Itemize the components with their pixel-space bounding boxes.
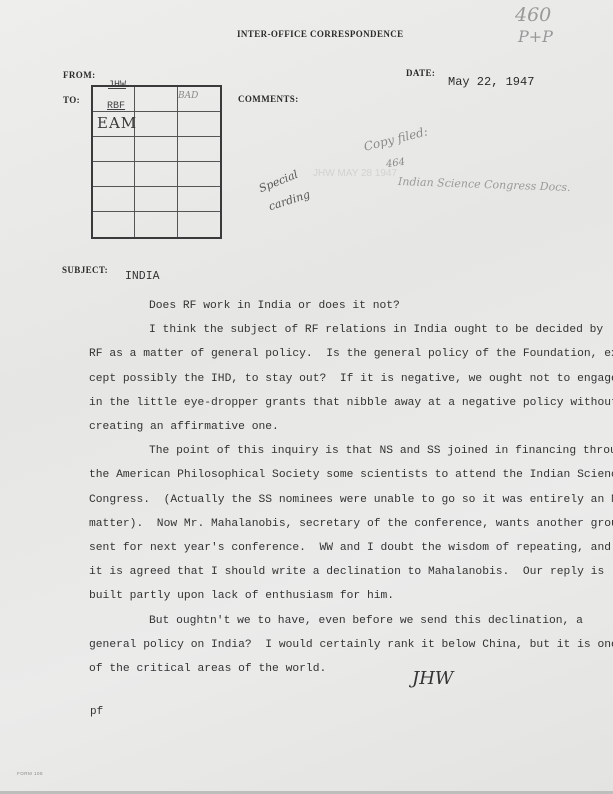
body-line: cept possibly the IHD, to stay out? If i… bbox=[89, 367, 559, 391]
signature: JHW bbox=[412, 668, 453, 689]
grid-cell bbox=[93, 212, 135, 237]
body-line: I think the subject of RF relations in I… bbox=[89, 318, 559, 342]
memo-body: Does RF work in India or does it not?I t… bbox=[89, 294, 559, 681]
body-line: sent for next year's conference. WW and … bbox=[89, 536, 559, 560]
body-line: Congress. (Actually the SS nominees were… bbox=[89, 488, 559, 512]
body-line: RF as a matter of general policy. Is the… bbox=[89, 342, 559, 366]
body-line: of the critical areas of the world. bbox=[89, 657, 559, 681]
date-label: DATE: bbox=[406, 68, 435, 78]
grid-cell bbox=[93, 187, 135, 212]
body-line: Does RF work in India or does it not? bbox=[89, 294, 559, 318]
body-line: in the little eye-dropper grants that ni… bbox=[89, 391, 559, 415]
subject-label: SUBJECT: bbox=[62, 265, 108, 275]
grid-cell bbox=[178, 187, 220, 212]
grid-cell bbox=[178, 112, 220, 137]
date-value: May 22, 1947 bbox=[448, 75, 534, 89]
grid-cell bbox=[93, 137, 135, 162]
file-code-annotation: P+P bbox=[518, 27, 553, 46]
routing-initials: EAM bbox=[97, 114, 137, 132]
body-line: creating an affirmative one. bbox=[89, 415, 559, 439]
grid-cell: EAM bbox=[93, 112, 135, 137]
grid-cell bbox=[135, 137, 178, 162]
form-number: FORM 108 bbox=[17, 771, 43, 776]
grid-cell bbox=[178, 212, 220, 237]
grid-cell bbox=[135, 187, 178, 212]
to-label: TO: bbox=[63, 95, 80, 105]
body-line: matter). Now Mr. Mahalanobis, secretary … bbox=[89, 512, 559, 536]
comments-label: COMMENTS: bbox=[238, 94, 299, 104]
grid-cell bbox=[135, 212, 178, 237]
typist-initials: pf bbox=[90, 706, 103, 718]
grid-cell bbox=[135, 87, 178, 112]
body-line: The point of this inquiry is that NS and… bbox=[89, 439, 559, 463]
body-line: But oughtn't we to have, even before we … bbox=[89, 609, 559, 633]
body-line: the American Philosophical Society some … bbox=[89, 463, 559, 487]
grid-cell bbox=[178, 162, 220, 187]
body-line: built partly upon lack of enthusiasm for… bbox=[89, 584, 559, 608]
grid-cell bbox=[135, 162, 178, 187]
initial-mark: BAD bbox=[178, 91, 198, 101]
subject-value: INDIA bbox=[125, 270, 160, 283]
from-label: FROM: bbox=[63, 70, 96, 80]
file-number-annotation: 460 bbox=[515, 4, 551, 26]
grid-cell bbox=[135, 112, 178, 137]
grid-cell bbox=[178, 137, 220, 162]
document-title: INTER-OFFICE CORRESPONDENCE bbox=[237, 29, 404, 39]
body-line: general policy on India? I would certain… bbox=[89, 633, 559, 657]
grid-cell bbox=[93, 162, 135, 187]
received-stamp: JHW MAY 28 1947 bbox=[313, 168, 397, 179]
body-line: it is agreed that I should write a decli… bbox=[89, 560, 559, 584]
to-value: RBF bbox=[107, 101, 125, 112]
